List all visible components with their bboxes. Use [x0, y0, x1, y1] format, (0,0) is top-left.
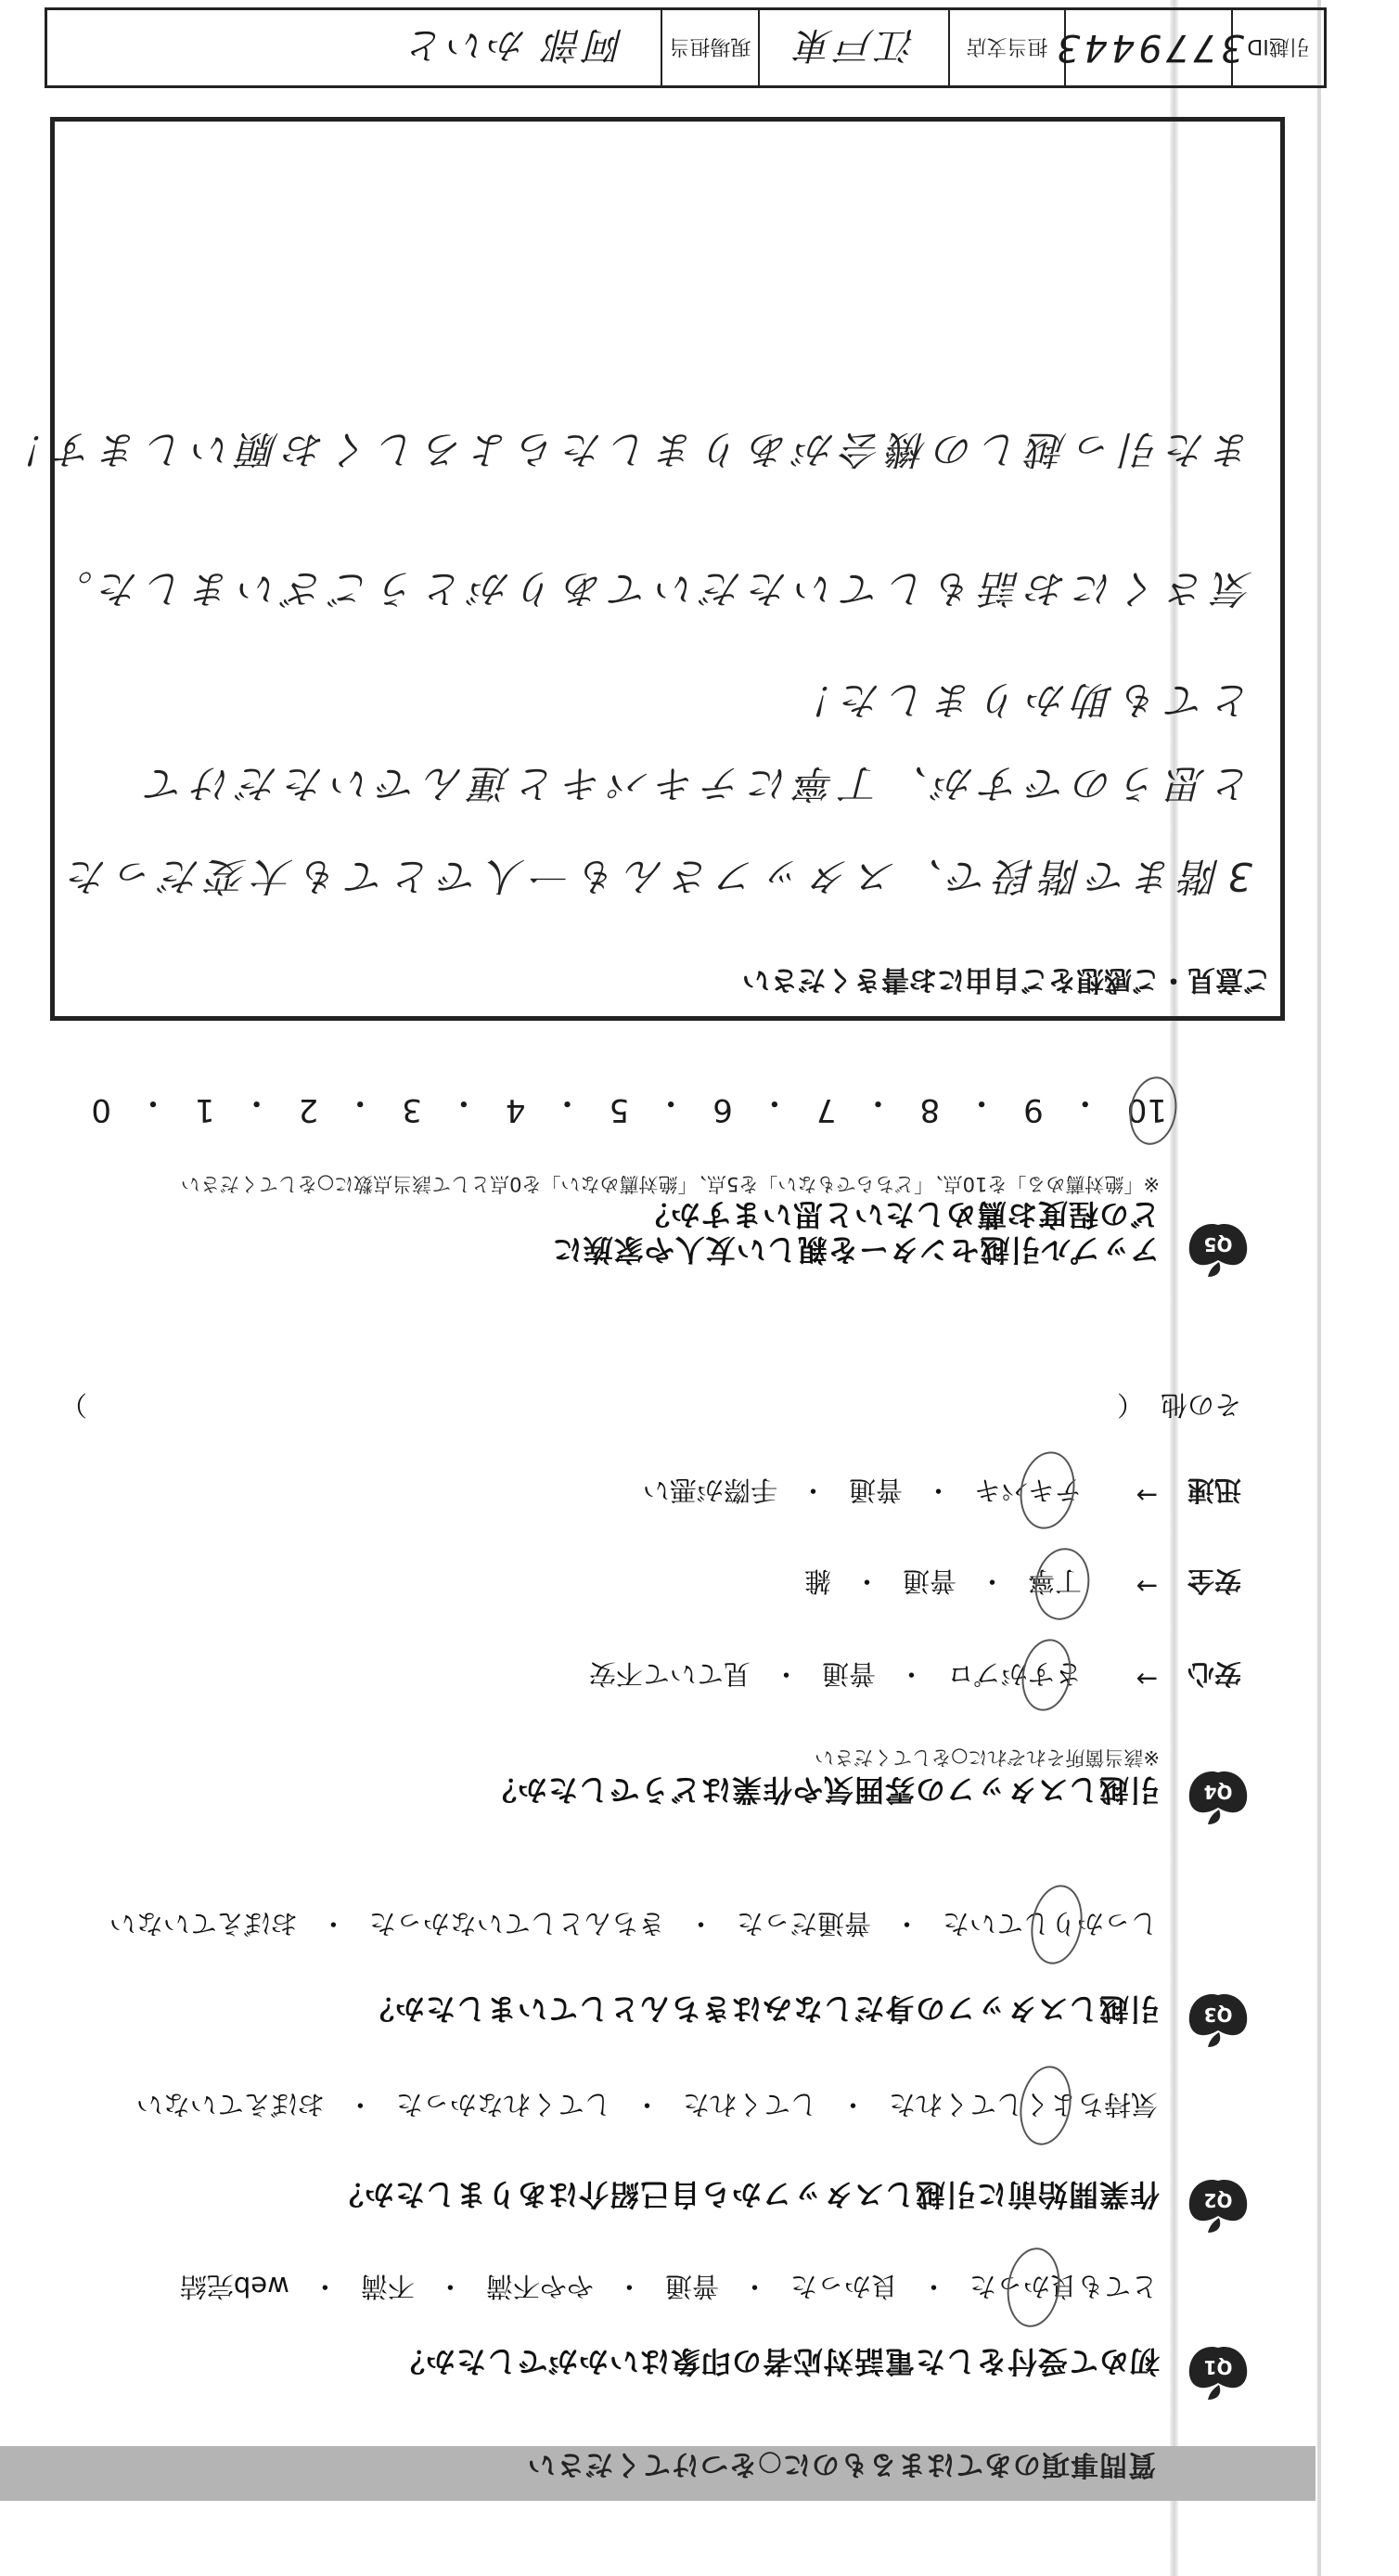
q1-question: 初めて受付をした電話対応者の印象はいかがでしたか？	[394, 2342, 1160, 2385]
comment-line-4: 気さくにお話もしていただいてありがとうございました。	[46, 563, 1252, 619]
svg-text:Q1: Q1	[1204, 2356, 1233, 2378]
score-4[interactable]: 4	[506, 1083, 526, 1128]
apple-q3-badge-icon: Q3	[1186, 1990, 1251, 2047]
comment-line-3: とても助かりました！	[789, 675, 1252, 730]
score-7[interactable]: 7	[816, 1083, 837, 1128]
comment-line-1: 3階まで階段で、スタッフさんも一人でとても大変だった	[61, 851, 1252, 907]
q1-option-web[interactable]: web完結	[178, 2269, 291, 2307]
q4-anzen-option-rough[interactable]: 雑	[802, 1564, 833, 1602]
q4-other-label: その他	[1161, 1387, 1241, 1425]
section-header-band: 質問事項のあてはまるものに○をつけてください	[0, 2446, 1316, 2501]
q4-anzen-option-normal[interactable]: 普通	[901, 1564, 958, 1602]
score-5[interactable]: 5	[610, 1083, 630, 1128]
score-8[interactable]: 8	[919, 1083, 940, 1128]
q3-question: 引越しスタッフの身だしなみはきちんとしていましたか？	[364, 1990, 1160, 2032]
q3-option-normal[interactable]: 普通だった	[735, 1906, 873, 1944]
comment-line-2: と思うのですが、丁寧にテキパキと運んでいただけて	[139, 758, 1252, 814]
comments-title: ご意見・ご感想をご自由にお書きください	[742, 962, 1271, 1003]
svg-text:Q5: Q5	[1204, 1233, 1233, 1256]
svg-text:Q4: Q4	[1204, 1781, 1233, 1803]
q3-options: しっかりしていた・ 普通だった・ きちんとしていなかった・ おぼえていない	[108, 1906, 1160, 1944]
q4-jinsoku-option-clumsy[interactable]: 手際が悪い	[641, 1473, 779, 1511]
q5-question-line2: どの程度お薦めしたいと思いますか？	[639, 1195, 1160, 1238]
q1-option-very-good[interactable]: とても良かった	[968, 2269, 1160, 2307]
branch-value[interactable]: 江戸東	[758, 10, 948, 85]
move-id-value[interactable]: 3779443	[1064, 10, 1231, 85]
q1-options: とても良かった・ 良かった・ 普通・ やや不満・ 不満・ web完結	[178, 2269, 1160, 2307]
paper-edge	[1317, 0, 1321, 2576]
q3-option-neat[interactable]: しっかりしていた	[941, 1906, 1160, 1944]
q1-option-dissatisfied[interactable]: 不満	[359, 2269, 417, 2307]
q4-note: ※該当箇所それぞれに○をしてください	[815, 1745, 1160, 1772]
q4-other-open-paren: （	[1117, 1387, 1161, 1425]
q2-option-dont-remember[interactable]: おぼえていない	[135, 2087, 327, 2125]
q4-jinsoku-option-efficient[interactable]: テキパキ	[972, 1473, 1084, 1511]
comments-box[interactable]: ご意見・ご感想をご自由にお書きください 3階まで階段で、スタッフさんも一人でとて…	[50, 117, 1285, 1021]
score-10[interactable]: 10	[1127, 1083, 1167, 1128]
comment-line-5: また引っ越しの機会がありましたらよろしくお願いします！	[0, 424, 1252, 480]
staff-label: 現場担当	[661, 10, 758, 85]
section-header-text: 質問事項のあてはまるものに○をつけてください	[527, 2447, 1156, 2488]
q2-question: 作業開始前に引越しスタッフから自己紹介はありましたか？	[333, 2175, 1160, 2218]
q4-row-anzen-options: 丁寧・ 普通・ 雑	[802, 1564, 1084, 1602]
q2-option-pleasant[interactable]: 気持ちよくしてくれた	[887, 2087, 1160, 2125]
q4-row-label-anzen: 安全	[1187, 1564, 1241, 1602]
q4-row-anshin-options: さすがプロ・ 普通・ 見ていて不安	[587, 1656, 1084, 1694]
arrow-right-icon: →	[1136, 1664, 1158, 1694]
q4-row-label-jinsoku: 迅速	[1187, 1473, 1241, 1511]
svg-text:Q3: Q3	[1204, 2003, 1233, 2026]
header-table: 引越ID 3779443 担当支店 江戸東 現場担当 阿部 かいと	[45, 7, 1327, 88]
q4-anshin-option-normal[interactable]: 普通	[820, 1656, 878, 1694]
q4-question: 引越しスタッフの雰囲気や作業はどうでしたか？	[486, 1771, 1160, 1813]
q4-other-close-paren: ）	[60, 1387, 87, 1425]
score-2[interactable]: 2	[299, 1083, 319, 1128]
arrow-right-icon: →	[1136, 1480, 1158, 1511]
branch-label: 担当支店	[948, 10, 1064, 85]
score-9[interactable]: 9	[1023, 1083, 1044, 1128]
q3-option-not-neat[interactable]: きちんとしていなかった	[367, 1906, 667, 1944]
q2-option-no[interactable]: してくれなかった	[394, 2087, 613, 2125]
score-0[interactable]: 0	[91, 1083, 111, 1128]
q2-options: 気持ちよくしてくれた・ してくれた・ してくれなかった・ おぼえていない	[135, 2087, 1160, 2125]
q4-anshin-option-anxious[interactable]: 見ていて不安	[587, 1656, 752, 1694]
survey-form-scan: 質問事項のあてはまるものに○をつけてください Q1 初めて受付をした電話対応者の…	[0, 0, 1399, 2576]
q3-option-dont-remember[interactable]: おぼえていない	[108, 1906, 300, 1944]
q4-other-row: その他 （ ）	[60, 1387, 1241, 1425]
apple-q1-badge-icon: Q1	[1186, 2342, 1251, 2400]
q4-anshin-option-pro[interactable]: さすがプロ	[945, 1656, 1084, 1694]
q1-option-good[interactable]: 良かった	[789, 2269, 900, 2307]
q4-other-input[interactable]	[87, 1387, 1117, 1425]
score-3[interactable]: 3	[402, 1083, 422, 1128]
apple-q5-badge-icon: Q5	[1186, 1219, 1251, 1277]
score-1[interactable]: 1	[195, 1083, 215, 1128]
q1-option-normal[interactable]: 普通	[663, 2269, 721, 2307]
q5-score-scale: 10・ 9・ 8・ 7・ 6・ 5・ 4・ 3・ 2・ 1・ 0	[91, 1083, 1167, 1128]
q4-anzen-option-careful[interactable]: 丁寧	[1026, 1564, 1084, 1602]
apple-q2-badge-icon: Q2	[1186, 2175, 1251, 2233]
q1-option-somewhat-dissatisfied[interactable]: やや不満	[484, 2269, 596, 2307]
score-6[interactable]: 6	[712, 1083, 733, 1128]
q4-row-label-anshin: 安心	[1187, 1656, 1241, 1694]
staff-value[interactable]: 阿部 かいと	[47, 10, 661, 85]
q2-option-yes[interactable]: してくれた	[681, 2087, 819, 2125]
apple-q4-badge-icon: Q4	[1186, 1767, 1251, 1824]
arrow-right-icon: →	[1136, 1571, 1158, 1602]
q4-jinsoku-option-normal[interactable]: 普通	[847, 1473, 905, 1511]
q4-row-jinsoku-options: テキパキ・ 普通・ 手際が悪い	[641, 1473, 1084, 1511]
svg-text:Q2: Q2	[1204, 2189, 1233, 2211]
q5-note: ※「絶対薦める」を10点、「どちらでもない」を5点、「絶対薦めない」を0点として…	[181, 1171, 1160, 1199]
move-id-label: 引越ID	[1231, 10, 1324, 85]
